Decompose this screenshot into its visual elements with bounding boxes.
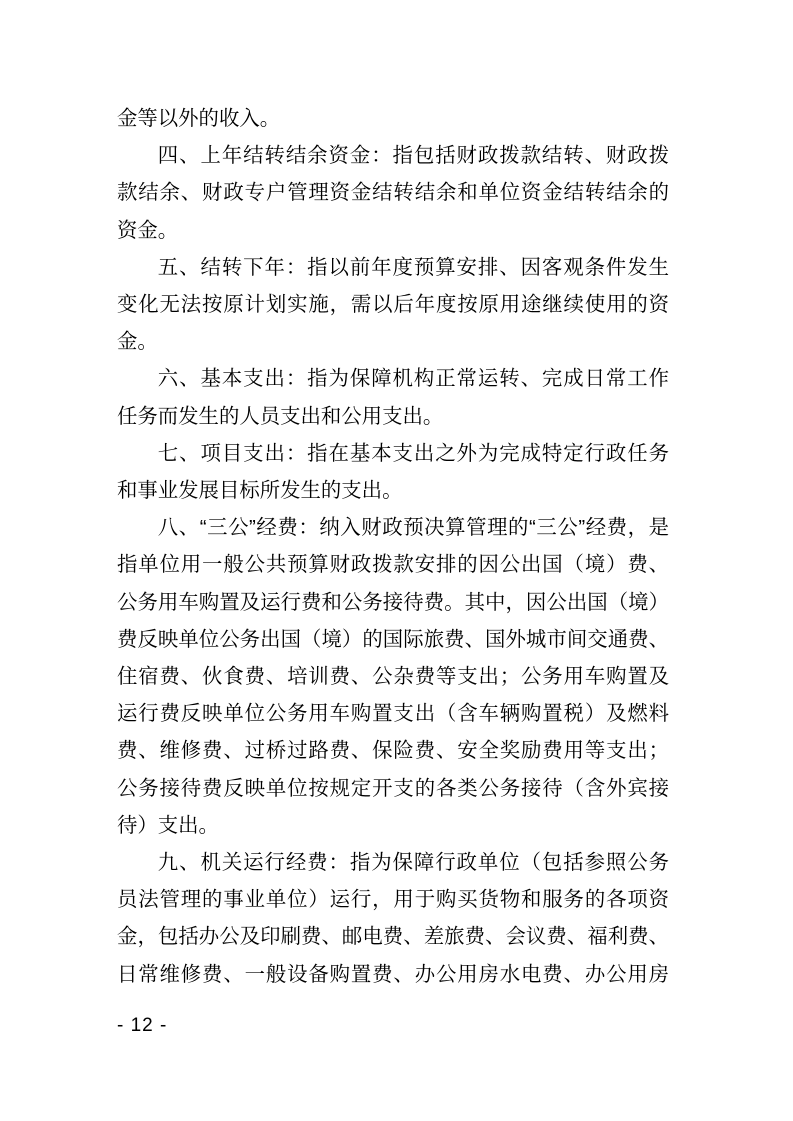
- text-line: 八、“三公”经费：纳入财政预决算管理的“三公”经费，是: [117, 510, 669, 547]
- text-line: 四、上年结转结余资金：指包括财政拨款结转、财政拨: [117, 138, 669, 175]
- text-line: 金。: [117, 324, 669, 361]
- paragraph: 五、结转下年：指以前年度预算安排、因客观条件发生变化无法按原计划实施，需以后年度…: [117, 250, 669, 362]
- paragraph: 金等以外的收入。: [117, 101, 669, 138]
- text-line: 公务用车购置及运行费和公务接待费。其中，因公出国（境）: [117, 585, 669, 622]
- text-line: 公务接待费反映单位按规定开支的各类公务接待（含外宾接: [117, 771, 669, 808]
- text-line: 七、项目支出：指在基本支出之外为完成特定行政任务: [117, 436, 669, 473]
- paragraph: 九、机关运行经费：指为保障行政单位（包括参照公务员法管理的事业单位）运行，用于购…: [117, 845, 669, 994]
- text-line: 费、维修费、过桥过路费、保险费、安全奖励费用等支出；: [117, 733, 669, 770]
- text-line: 指单位用一般公共预算财政拨款安排的因公出国（境）费、: [117, 547, 669, 584]
- page-number: - 12 -: [117, 1016, 167, 1036]
- text-line: 金等以外的收入。: [117, 101, 669, 138]
- text-line: 待）支出。: [117, 808, 669, 845]
- text-line: 金，包括办公及印刷费、邮电费、差旅费、会议费、福利费、: [117, 919, 669, 956]
- document-body: 金等以外的收入。四、上年结转结余资金：指包括财政拨款结转、财政拨款结余、财政专户…: [117, 101, 669, 994]
- text-line: 和事业发展目标所发生的支出。: [117, 473, 669, 510]
- paragraph: 七、项目支出：指在基本支出之外为完成特定行政任务和事业发展目标所发生的支出。: [117, 436, 669, 510]
- text-line: 资金。: [117, 213, 669, 250]
- text-line: 费反映单位公务出国（境）的国际旅费、国外城市间交通费、: [117, 622, 669, 659]
- text-line: 款结余、财政专户管理资金结转结余和单位资金结转结余的: [117, 175, 669, 212]
- paragraph: 六、基本支出：指为保障机构正常运转、完成日常工作任务而发生的人员支出和公用支出。: [117, 361, 669, 435]
- paragraph: 八、“三公”经费：纳入财政预决算管理的“三公”经费，是指单位用一般公共预算财政拨…: [117, 510, 669, 845]
- text-line: 住宿费、伙食费、培训费、公杂费等支出；公务用车购置及: [117, 659, 669, 696]
- text-line: 五、结转下年：指以前年度预算安排、因客观条件发生: [117, 250, 669, 287]
- text-line: 员法管理的事业单位）运行，用于购买货物和服务的各项资: [117, 882, 669, 919]
- text-line: 日常维修费、一般设备购置费、办公用房水电费、办公用房: [117, 957, 669, 994]
- text-line: 运行费反映单位公务用车购置支出（含车辆购置税）及燃料: [117, 696, 669, 733]
- document-page: 金等以外的收入。四、上年结转结余资金：指包括财政拨款结转、财政拨款结余、财政专户…: [0, 0, 793, 1121]
- text-line: 九、机关运行经费：指为保障行政单位（包括参照公务: [117, 845, 669, 882]
- text-line: 变化无法按原计划实施，需以后年度按原用途继续使用的资: [117, 287, 669, 324]
- text-line: 任务而发生的人员支出和公用支出。: [117, 399, 669, 436]
- paragraph: 四、上年结转结余资金：指包括财政拨款结转、财政拨款结余、财政专户管理资金结转结余…: [117, 138, 669, 250]
- text-line: 六、基本支出：指为保障机构正常运转、完成日常工作: [117, 361, 669, 398]
